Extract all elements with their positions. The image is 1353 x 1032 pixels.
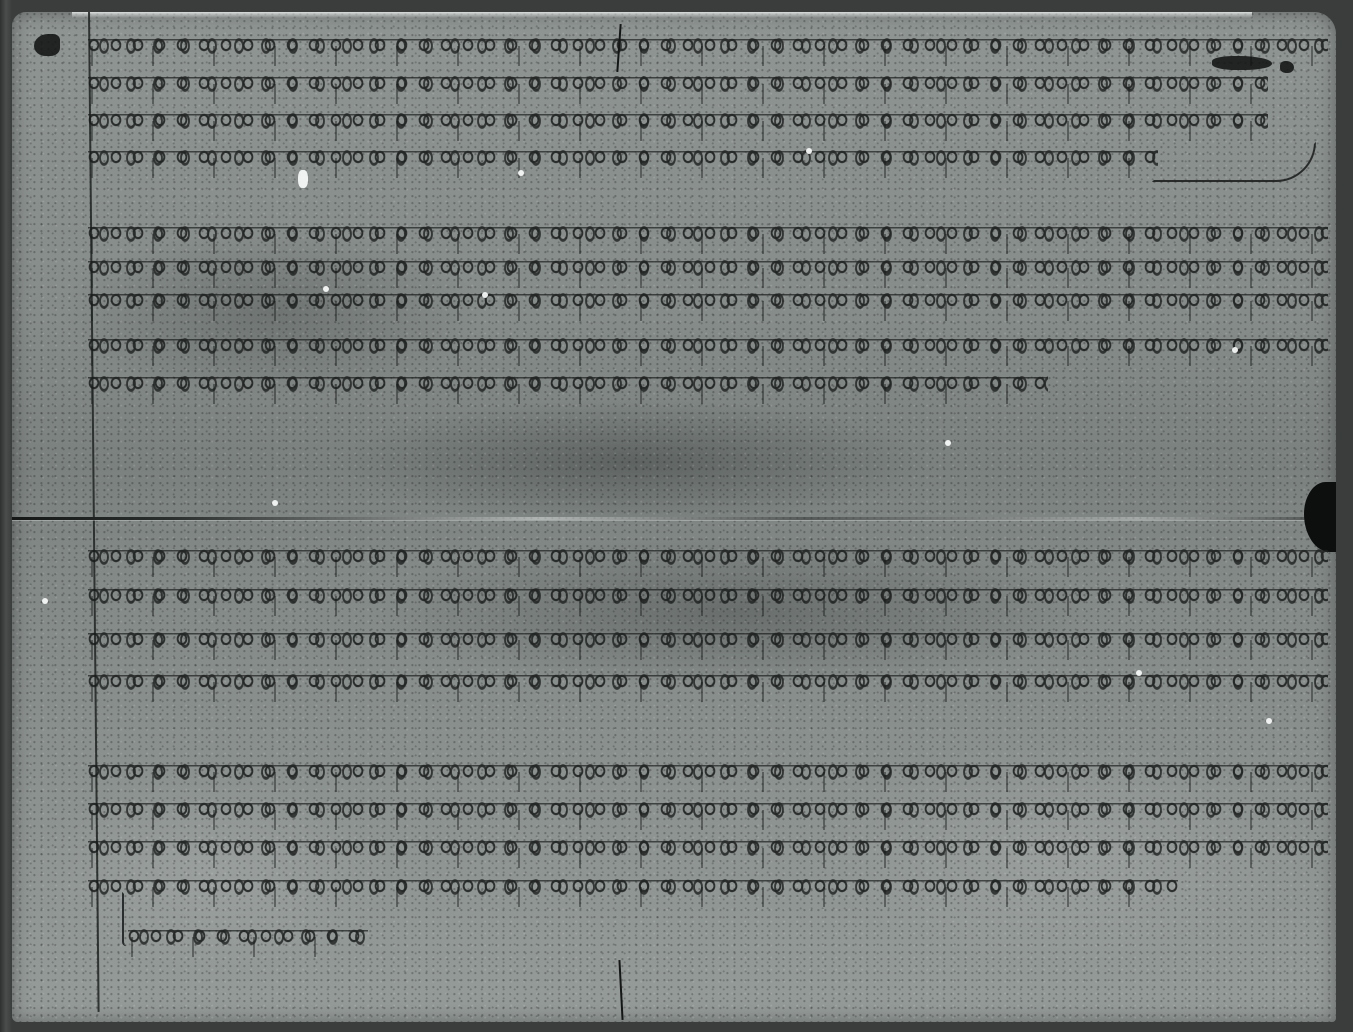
handwriting-descenders: [88, 84, 1268, 104]
paper-speck: [806, 148, 812, 154]
paper-speck: [945, 440, 951, 446]
script-line: handwritten script line 1: [88, 34, 1328, 56]
handwriting-descenders: [88, 234, 1328, 254]
line-description: handwritten script line 1: [88, 760, 89, 761]
line-description: handwritten script line 3: [88, 836, 89, 837]
paper-top-edge: [72, 12, 1252, 18]
handwriting-descenders: [88, 268, 1328, 288]
line-description: handwritten script line 1: [88, 545, 89, 546]
line-description: handwritten script line 2: [88, 584, 89, 585]
ink-blot: [1280, 61, 1294, 73]
line-description: handwritten script line 2: [88, 256, 89, 257]
handwriting-descenders: [88, 384, 1048, 404]
line-description: handwritten signature / closing line: [128, 925, 129, 926]
handwriting-descenders: [88, 640, 1328, 660]
line-description: handwritten script line 3: [88, 289, 89, 290]
line-description: handwritten script line 1: [88, 34, 89, 35]
script-line: handwritten script line 2: [88, 584, 1328, 606]
handwriting-descenders: [88, 810, 1328, 830]
script-line: handwritten script line 2: [88, 72, 1268, 94]
paper-speck: [1232, 347, 1238, 353]
script-line: handwritten script line 3: [88, 836, 1328, 858]
paper-sheet: handwritten script line 1handwritten scr…: [12, 12, 1336, 1022]
line-description: handwritten script line 3: [88, 109, 89, 110]
handwriting-descenders: [88, 887, 1178, 907]
script-line: handwritten script line 5: [88, 372, 1048, 394]
script-line: handwritten script line 1: [88, 545, 1328, 567]
handwriting-descenders: [88, 301, 1328, 321]
manuscript-photograph: handwritten script line 1handwritten scr…: [0, 0, 1353, 1032]
script-line: handwritten script line 3: [88, 109, 1268, 131]
handwriting-descenders: [88, 848, 1328, 868]
line-description: handwritten script line 4: [88, 875, 89, 876]
line-description: handwritten script line 1: [88, 222, 89, 223]
script-line: handwritten script line 1: [88, 760, 1328, 782]
paper-crack: [618, 960, 623, 1020]
ink-blot: [1212, 56, 1272, 70]
line-description: handwritten script line 5: [88, 372, 89, 373]
script-line: handwritten script line 4: [88, 334, 1328, 356]
script-line: handwritten script line 1: [88, 222, 1328, 244]
line-description: handwritten script line 4: [88, 146, 89, 147]
paragraph-end-flourish: [1152, 142, 1316, 182]
handwriting-descenders: [88, 682, 1328, 702]
line-description: handwritten script line 3: [88, 628, 89, 629]
paper-speck: [518, 170, 524, 176]
script-line: handwritten script line 2: [88, 256, 1328, 278]
signature: handwritten signature / closing line: [128, 925, 368, 947]
torn-edge-hole: [1304, 482, 1336, 552]
line-description: handwritten script line 4: [88, 334, 89, 335]
ink-blot: [34, 34, 60, 56]
paper-speck: [482, 292, 488, 298]
handwriting-descenders: [128, 937, 368, 957]
script-line: handwritten script line 2: [88, 798, 1328, 820]
script-line: handwritten script line 4: [88, 875, 1178, 897]
paper-speck: [42, 598, 48, 604]
paper-fold-crease: [12, 517, 1336, 520]
handwriting-descenders: [88, 121, 1268, 141]
paper-speck: [272, 500, 278, 506]
script-line: handwritten script line 4: [88, 670, 1328, 692]
paper-speck: [298, 170, 308, 188]
paper-speck: [1136, 670, 1142, 676]
handwriting-descenders: [88, 596, 1328, 616]
paper-speck: [323, 286, 329, 292]
script-line: handwritten script line 4: [88, 146, 1158, 168]
line-description: handwritten script line 2: [88, 798, 89, 799]
handwriting-descenders: [88, 772, 1328, 792]
handwriting-descenders: [88, 158, 1158, 178]
signature-bracket: [122, 892, 126, 946]
script-line: handwritten script line 3: [88, 628, 1328, 650]
handwriting-descenders: [88, 346, 1328, 366]
handwriting-descenders: [88, 557, 1328, 577]
line-description: handwritten script line 4: [88, 670, 89, 671]
script-line: handwritten script line 3: [88, 289, 1328, 311]
paper-speck: [1266, 718, 1272, 724]
line-description: handwritten script line 2: [88, 72, 89, 73]
handwriting-descenders: [88, 46, 1328, 66]
